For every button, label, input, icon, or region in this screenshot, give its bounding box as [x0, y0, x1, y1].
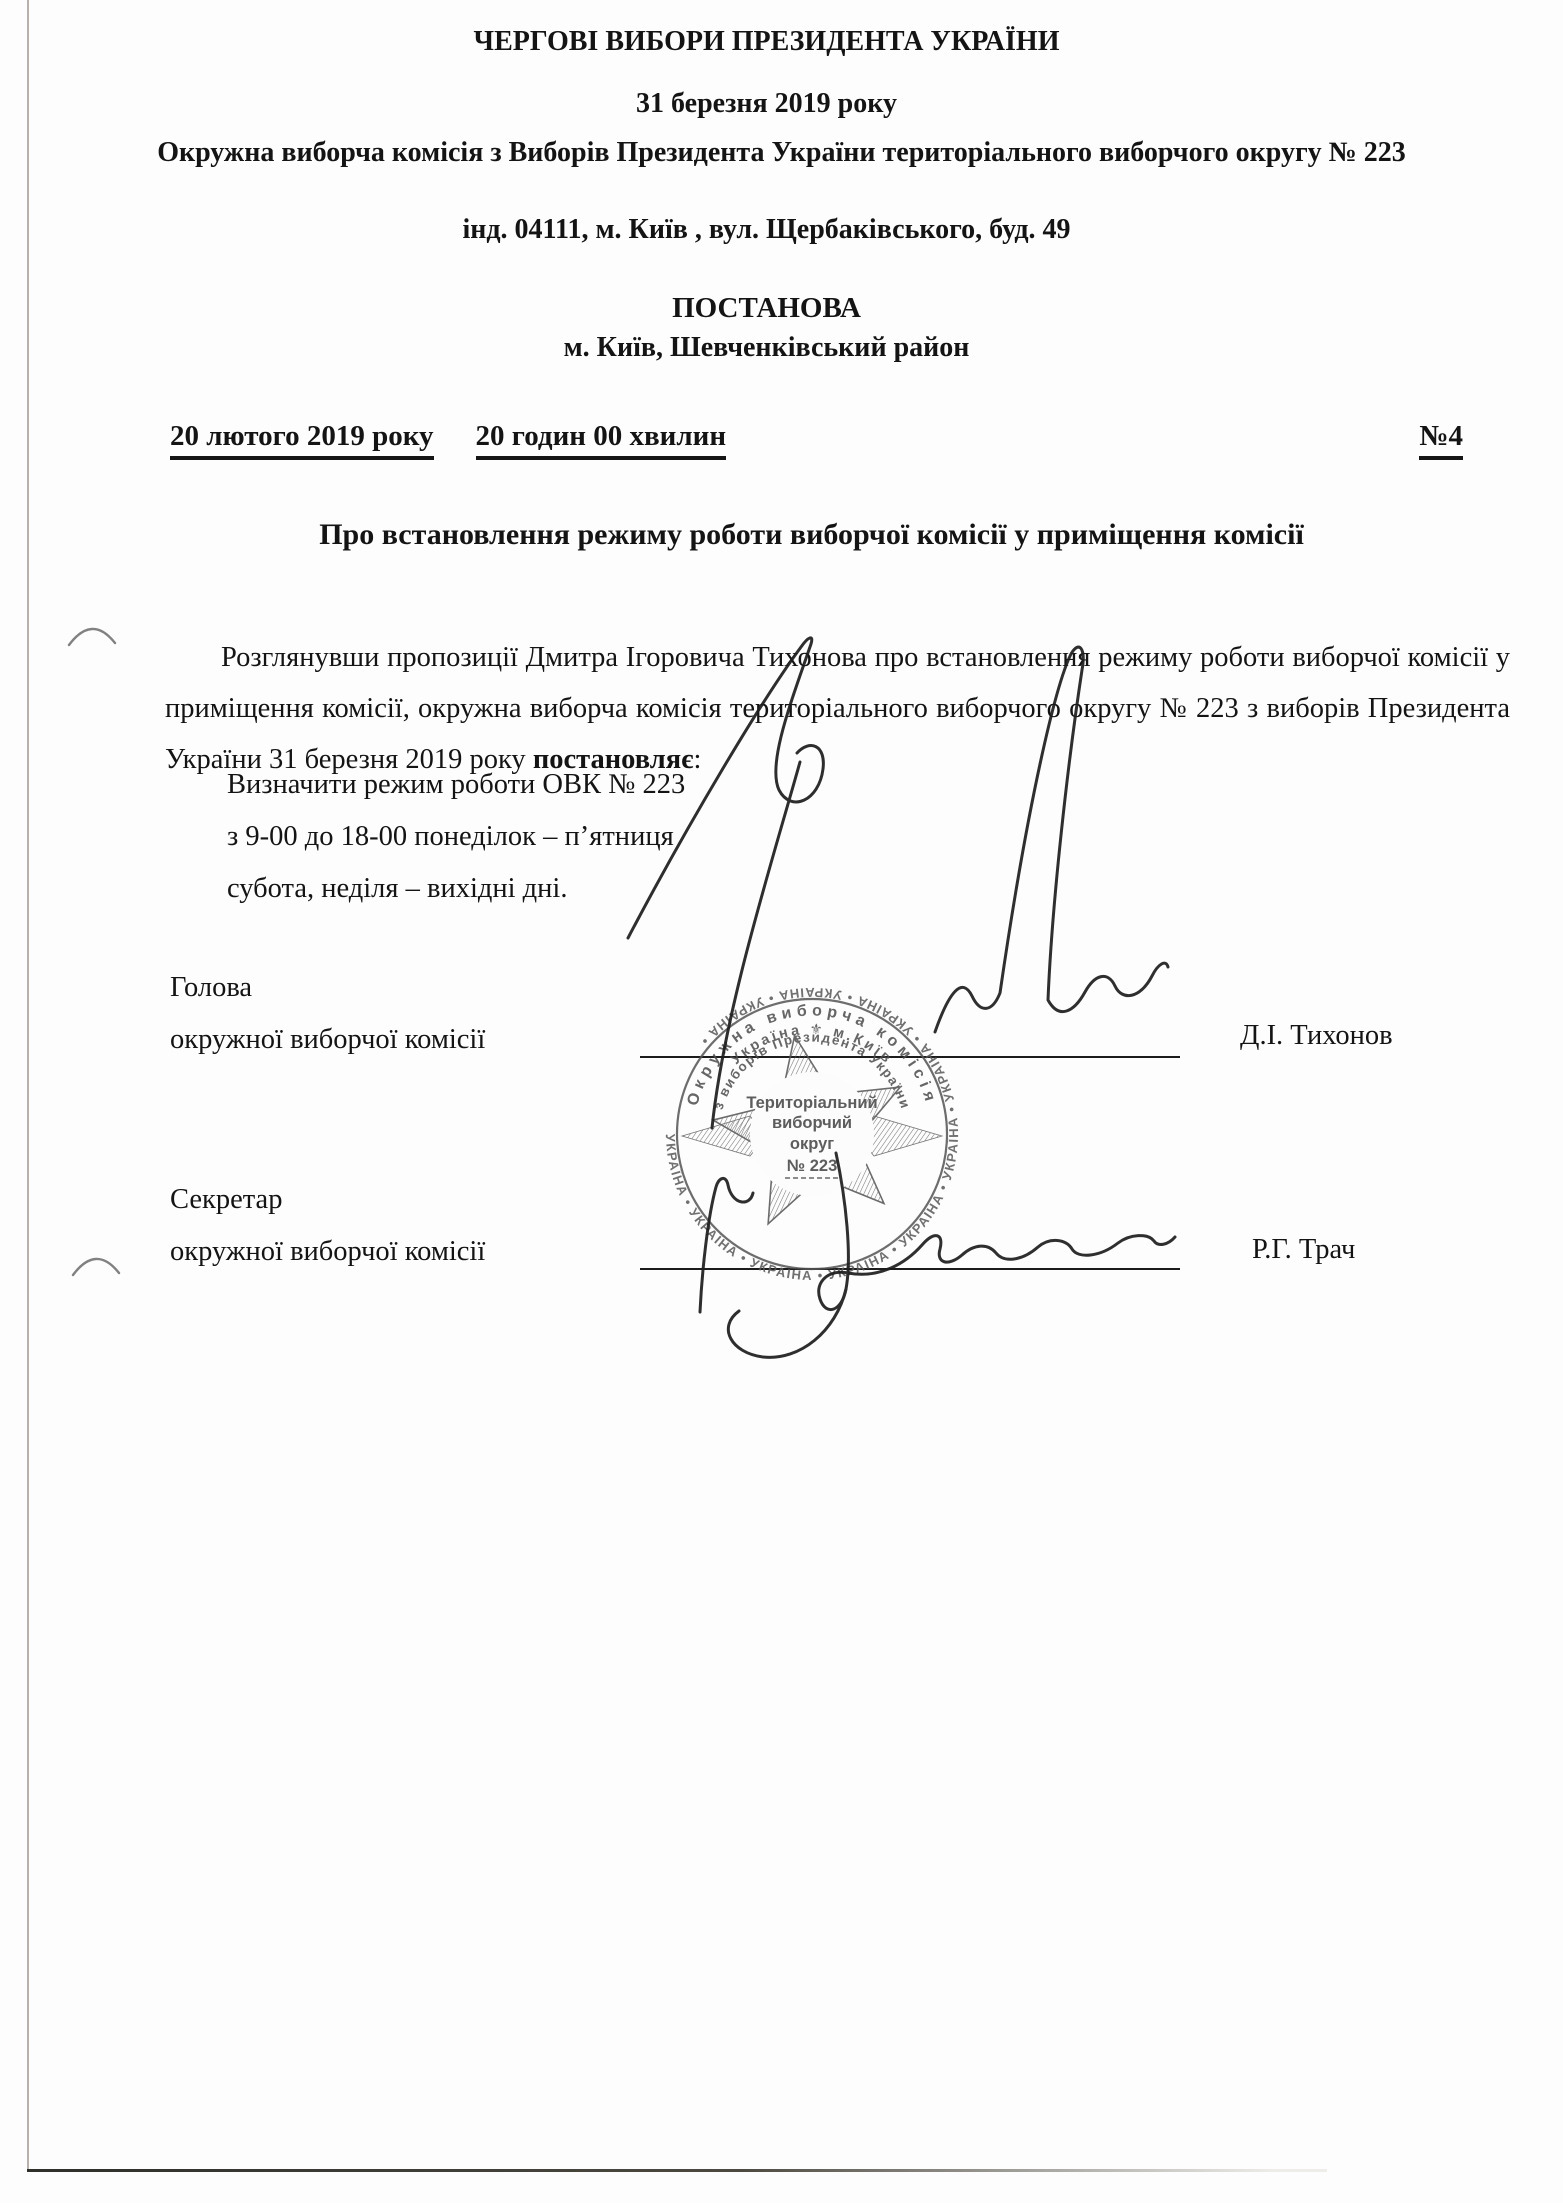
item-weekend: субота, неділя – вихідні дні.	[227, 874, 685, 903]
scan-edge-vertical-line	[27, 0, 29, 2172]
hole-punch-mark-top	[66, 618, 118, 652]
stamp-center-line-2: виборчий	[772, 1114, 852, 1132]
paragraph-text: Розглянувши пропозиції Дмитра Ігоровича …	[165, 642, 1510, 775]
scanned-document-page: ЧЕРГОВІ ВИБОРИ ПРЕЗИДЕНТА УКРАЇНИ 31 бер…	[0, 0, 1563, 2203]
commission-round-stamp: УКРАЇНА • УКРАЇНА • УКРАЇНА • УКРАЇНА • …	[647, 969, 977, 1299]
stamp-center-line-3: округ	[790, 1135, 834, 1153]
secretary-name: Р.Г. Трач	[1252, 1234, 1355, 1266]
chairman-role-line2: окружної виборчої комісії	[170, 1024, 485, 1056]
stamp-center-line-1: Територіальний	[746, 1094, 877, 1112]
resolution-date: 20 лютого 2019 року	[170, 420, 434, 460]
resolution-number: №4	[1419, 420, 1463, 460]
election-date-line: 31 березня 2019 року	[40, 86, 1493, 122]
paragraph-colon: :	[693, 744, 701, 775]
resolution-title: Про встановлення режиму роботи виборчої …	[120, 518, 1503, 552]
hole-punch-mark-bottom	[70, 1248, 122, 1282]
resolution-time: 20 годин 00 хвилин	[476, 420, 727, 460]
chairman-role-line1: Голова	[170, 972, 252, 1004]
document-type-heading: ПОСТАНОВА	[40, 290, 1493, 326]
secretary-role-line1: Секретар	[170, 1184, 282, 1216]
chairman-name: Д.І. Тихонов	[1240, 1020, 1393, 1052]
election-title-line: ЧЕРГОВІ ВИБОРИ ПРЕЗИДЕНТА УКРАЇНИ	[40, 24, 1493, 60]
item-work-mode: Визначити режим роботи ОВК № 223	[227, 770, 685, 799]
scan-edge-bottom-line	[27, 2169, 1327, 2172]
resolution-items: Визначити режим роботи ОВК № 223 з 9-00 …	[227, 770, 685, 926]
date-number-row: 20 лютого 2019 року 20 годин 00 хвилин №…	[170, 420, 1463, 460]
place-line: м. Київ, Шевченківський район	[40, 330, 1493, 366]
commission-address-line: інд. 04111, м. Київ , вул. Щербаківськог…	[40, 212, 1493, 248]
stamp-center-line-4: № 223	[787, 1157, 838, 1175]
body-paragraph: Розглянувши пропозиції Дмитра Ігоровича …	[165, 632, 1510, 785]
secretary-role-line2: окружної виборчої комісії	[170, 1236, 485, 1268]
commission-name-line: Окружна виборча комісія з Виборів Презид…	[110, 134, 1453, 172]
item-weekday-hours: з 9-00 до 18-00 понеділок – п’ятниця	[227, 822, 685, 851]
